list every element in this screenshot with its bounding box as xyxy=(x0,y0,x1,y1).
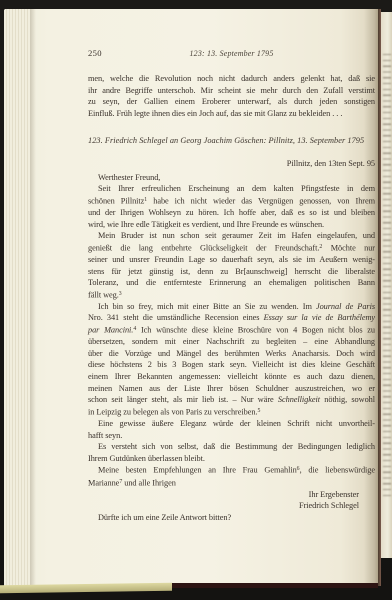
text-line: übersetzen, sondern mit einer Nachschrif… xyxy=(88,336,375,348)
text-line: Einfluß. Früh legte ihnen dies ein Joch … xyxy=(88,108,375,120)
text-line: Ihr Ergebenster xyxy=(88,489,359,501)
prev-letter-continuation: men, welche die Revolution noch nicht da… xyxy=(88,73,375,119)
text-line: Eine gewisse äußere Eleganz würde der kl… xyxy=(88,418,375,430)
text-line: Ich bin so frey, mich mit einer Bitte an… xyxy=(88,301,375,313)
footnote-marker: 5 xyxy=(257,408,260,414)
text-line: wird, wie Ihre edle Tätigkeit es verdien… xyxy=(88,219,375,231)
para-elegance: Eine gewisse äußere Eleganz würde der kl… xyxy=(88,418,375,441)
para-greeting: Seit Ihrer erfreulichen Erscheinung an d… xyxy=(88,183,375,230)
para-brother: Mein Bruder ist nun schon seit geraumer … xyxy=(88,230,375,301)
text-line: Dürfte ich um eine Zeile Antwort bitten? xyxy=(88,512,375,524)
text-line: Friedrich Schlegel xyxy=(88,500,359,512)
text-line: und der Ihrigen Wohlseyn zu hören. Ich h… xyxy=(88,207,375,219)
running-head: 123: 13. September 1795 xyxy=(88,49,375,58)
text-line: Werthester Freund, xyxy=(88,172,375,184)
text-line: Es versteht sich von selbst, daß die Bes… xyxy=(88,441,375,453)
text-line: men, welche die Revolution noch nicht da… xyxy=(88,73,375,85)
text-line: schon seit länger steht, als mir lieb is… xyxy=(88,394,375,406)
text-line: stens für jetzt günstig ist, denn zu Br[… xyxy=(88,266,375,278)
dateline: Pillnitz, den 13ten Sept. 95 xyxy=(88,158,375,170)
text-line: Nro. 341 steht die umständliche Recensio… xyxy=(88,312,375,324)
page-header: 250 123: 13. September 1795 xyxy=(88,48,375,60)
book-photo: 250 123: 13. September 1795 men, welche … xyxy=(0,0,392,600)
signature: Ihr ErgebensterFriedrich Schlegel xyxy=(88,489,375,512)
para-request: Ich bin so frey, mich mit einer Bitte an… xyxy=(88,301,375,418)
text-line: fällt weg.3 xyxy=(88,289,375,301)
text-line: 123. Friedrich Schlegel an Georg Joachim… xyxy=(88,135,375,147)
salutation: Werthester Freund, xyxy=(88,172,375,184)
text-line: hafft seyn. xyxy=(88,430,375,442)
text-line: Toleranz, und die entfernteste Erinnerun… xyxy=(88,277,375,289)
facing-page-sliver xyxy=(381,12,392,558)
page-stack-shadow xyxy=(30,9,36,586)
bottom-cover-edge xyxy=(172,583,378,588)
text-line: Pillnitz, den 13ten Sept. 95 xyxy=(88,158,375,170)
text-line: über die Vorzüge und Mängel des berühmte… xyxy=(88,348,375,360)
page-content: 250 123: 13. September 1795 men, welche … xyxy=(88,48,375,524)
text-line: meinen Namen aus der Liste Ihrer bösen S… xyxy=(88,383,375,395)
text-line: ihr andre Begriffe unterschob. Mir schei… xyxy=(88,85,375,97)
text-line: in Leipzig zu belegen als von Paris zu v… xyxy=(88,406,375,418)
letter-body: men, welche die Revolution noch nicht da… xyxy=(88,73,375,524)
page-stack-edges xyxy=(4,9,30,586)
text-line: Marianne7 und alle Ihrigen xyxy=(88,477,375,489)
text-line: Seit Ihrer erfreulichen Erscheinung an d… xyxy=(88,183,375,195)
text-line: Meine besten Empfehlungen an Ihre Frau G… xyxy=(88,464,375,476)
para-regards: Meine besten Empfehlungen an Ihre Frau G… xyxy=(88,464,375,488)
text-line: einem Ihrer Bekannten angemessen: vielle… xyxy=(88,371,375,383)
text-line: schönen Pillnitz1 habe ich nicht wieder … xyxy=(88,195,375,207)
footnote-marker: 3 xyxy=(119,291,122,297)
text-line: diese höchstens 2 bis 3 Bogen stark seyn… xyxy=(88,359,375,371)
text-line: zu seyn, der Gallien einem Eroberer unte… xyxy=(88,96,375,108)
bottom-page-edge xyxy=(0,583,172,593)
text-line: seiner und unsrer Freundin Lage so dauer… xyxy=(88,254,375,266)
text-line: Ihrem Gutdünken überlassen bleibt. xyxy=(88,453,375,465)
facing-page-blurred-text xyxy=(383,54,391,498)
para-conditions: Es versteht sich von selbst, daß die Bes… xyxy=(88,441,375,464)
postscript: Dürfte ich um eine Zeile Antwort bitten? xyxy=(88,512,375,524)
text-line: Mein Bruder ist nun schon seit geraumer … xyxy=(88,230,375,242)
letter-heading: 123. Friedrich Schlegel an Georg Joachim… xyxy=(88,135,375,147)
text-line: par Mancini.4 Ich wünschte diese kleine … xyxy=(88,324,375,336)
text-line: genießt die lang entbehrte Glückseligkei… xyxy=(88,242,375,254)
